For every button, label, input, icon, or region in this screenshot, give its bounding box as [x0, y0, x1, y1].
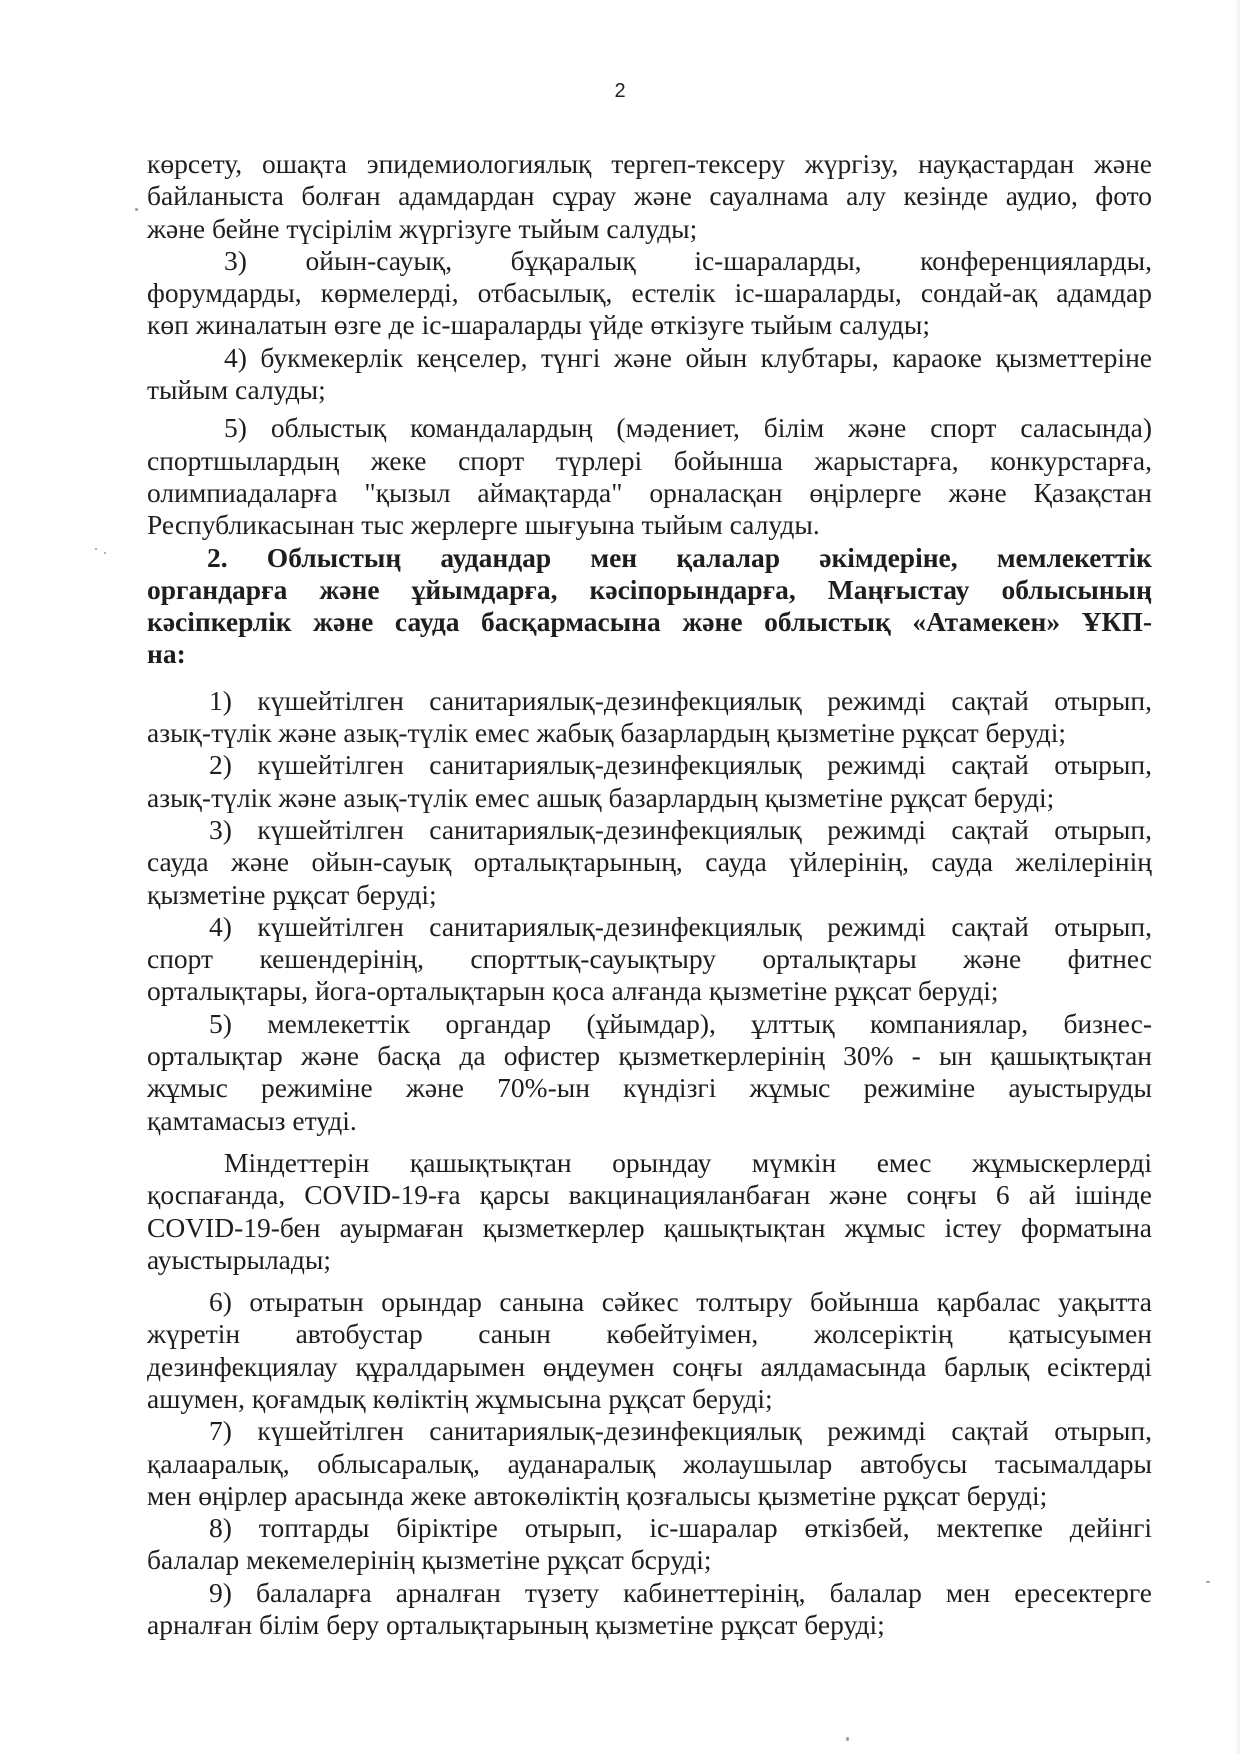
text-line: орталықтары, йога-орталықтарын қоса алға…	[147, 975, 1152, 1007]
text-line: азық-түлік және азық-түлік емес жабық ба…	[147, 717, 1152, 749]
text-line: қызметіне рұқсат беруді;	[147, 879, 1152, 911]
paragraph-item-2-6: 6) отыратын орындар санына сәйкес толтыр…	[147, 1286, 1152, 1415]
text-line: көп жиналатын өзге де іс-шараларды үйде …	[147, 309, 1152, 341]
text-line: олимпиадаларға "қызыл аймақтарда" орнала…	[147, 477, 1152, 509]
text-line: Республикасынан тыс жерлерге шығуына тый…	[147, 509, 1152, 541]
text-line: дезинфекциялау құралдарымен өңдеумен соң…	[147, 1351, 1152, 1383]
text-line: 2) күшейтілген санитариялық-дезинфекциял…	[147, 749, 1152, 781]
text-line: орталықтар және басқа да офистер қызметк…	[147, 1040, 1152, 1072]
paragraph-item-2-8: 8) топтарды біріктіре отырып, іс-шаралар…	[147, 1512, 1152, 1577]
text-line: және бейне түсірілім жүргізуге тыйым сал…	[147, 213, 1152, 245]
text-line: 7) күшейтілген санитариялық-дезинфекциял…	[147, 1415, 1152, 1447]
scan-edge-shadow	[1234, 0, 1240, 1754]
paragraph-item-2-2: 2) күшейтілген санитариялық-дезинфекциял…	[147, 749, 1152, 814]
scan-speck	[846, 1737, 849, 1741]
text-line: байланыста болған адамдардан сұрау және …	[147, 180, 1152, 212]
text-line: 3) күшейтілген санитариялық-дезинфекциял…	[147, 814, 1152, 846]
text-line: форумдарды, көрмелерді, отбасылық, естел…	[147, 277, 1152, 309]
text-line: қалааралық, облысаралық, ауданаралық жол…	[147, 1448, 1152, 1480]
paragraph-item-2-7: 7) күшейтілген санитариялық-дезинфекциял…	[147, 1415, 1152, 1512]
text-line: 9) балаларға арналған түзету кабинеттері…	[147, 1577, 1152, 1609]
heading-line: органдарға және ұйымдарға, кәсіпорындарғ…	[147, 574, 1152, 606]
document-body: көрсету, ошақта эпидемиологиялық тергеп-…	[147, 148, 1152, 1641]
text-line: арналған білім беру орталықтарының қызме…	[147, 1609, 1152, 1641]
text-line: 5) мемлекеттік органдар (ұйымдар), ұлтты…	[147, 1008, 1152, 1040]
text-line: мен өңірлер арасында жеке автокөліктің қ…	[147, 1480, 1152, 1512]
text-line: спортшылардың жеке спорт түрлері бойынша…	[147, 445, 1152, 477]
text-line: 6) отыратын орындар санына сәйкес толтыр…	[147, 1286, 1152, 1318]
heading-line: на:	[147, 638, 1152, 670]
text-line: 4) букмекерлік кеңселер, түнгі және ойын…	[147, 342, 1152, 374]
paragraph-item-2-5: 5) мемлекеттік органдар (ұйымдар), ұлтты…	[147, 1008, 1152, 1137]
heading-line: кәсіпкерлік және сауда басқармасына және…	[147, 606, 1152, 638]
text-line: көрсету, ошақта эпидемиологиялық тергеп-…	[147, 148, 1152, 180]
text-line: 8) топтарды біріктіре отырып, іс-шаралар…	[147, 1512, 1152, 1544]
paragraph-item-2-9: 9) балаларға арналған түзету кабинеттері…	[147, 1577, 1152, 1642]
paragraph-item-2-5-note: Міндеттерін қашықтықтан орындау мүмкін е…	[147, 1147, 1152, 1276]
paragraph-item-2-4: 4) күшейтілген санитариялық-дезинфекциял…	[147, 911, 1152, 1008]
text-line: 5) облыстық командалардың (мәдениет, біл…	[147, 412, 1152, 444]
scan-speck	[95, 548, 97, 550]
text-line: 3) ойын-сауық, бұқаралық іс-шараларды, к…	[147, 245, 1152, 277]
scan-speck	[1206, 1581, 1210, 1583]
text-line: 1) күшейтілген санитариялық-дезинфекциял…	[147, 685, 1152, 717]
paragraph-continuation: көрсету, ошақта эпидемиологиялық тергеп-…	[147, 148, 1152, 245]
paragraph-item-2-3: 3) күшейтілген санитариялық-дезинфекциял…	[147, 814, 1152, 911]
text-line: тыйым салуды;	[147, 374, 1152, 406]
text-line: жұмыс режиміне және 70%-ын күндізгі жұмы…	[147, 1072, 1152, 1104]
paragraph-item-1-3: 3) ойын-сауық, бұқаралық іс-шараларды, к…	[147, 245, 1152, 342]
text-line: спорт кешендерінің, спорттық-сауықтыру о…	[147, 943, 1152, 975]
text-line: жүретін автобустар санын көбейтуімен, жо…	[147, 1318, 1152, 1350]
text-line: 4) күшейтілген санитариялық-дезинфекциял…	[147, 911, 1152, 943]
page-number: 2	[0, 80, 1240, 103]
heading-line: 2. Облыстың аудандар мен қалалар әкімдер…	[147, 542, 1152, 574]
scan-speck	[104, 552, 106, 554]
text-line: қоспағанда, COVID-19-ға қарсы вакцинация…	[147, 1179, 1152, 1211]
text-line: ауыстырылады;	[147, 1244, 1152, 1276]
scan-speck	[135, 208, 138, 211]
paragraph-item-1-4: 4) букмекерлік кеңселер, түнгі және ойын…	[147, 342, 1152, 407]
text-line: сауда және ойын-сауық орталықтарының, са…	[147, 846, 1152, 878]
text-line: COVID-19-бен ауырмаған қызметкерлер қашы…	[147, 1212, 1152, 1244]
text-line: азық-түлік және азық-түлік емес ашық баз…	[147, 782, 1152, 814]
paragraph-item-1-5: 5) облыстық командалардың (мәдениет, біл…	[147, 412, 1152, 541]
text-line: балалар мекемелерінің қызметіне рұқсат б…	[147, 1544, 1152, 1576]
section-2-heading: 2. Облыстың аудандар мен қалалар әкімдер…	[147, 542, 1152, 671]
text-line: ашумен, қоғамдық көліктің жұмысына рұқса…	[147, 1383, 1152, 1415]
text-line: қамтамасыз етуді.	[147, 1105, 1152, 1137]
text-line: Міндеттерін қашықтықтан орындау мүмкін е…	[147, 1147, 1152, 1179]
paragraph-item-2-1: 1) күшейтілген санитариялық-дезинфекциял…	[147, 685, 1152, 750]
